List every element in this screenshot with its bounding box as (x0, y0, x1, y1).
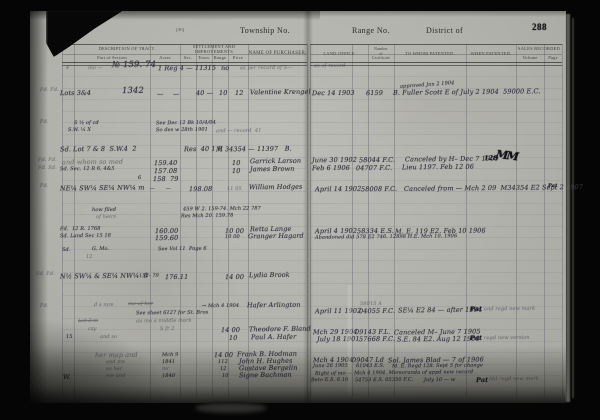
handwriting-entry: B. Fuller Scott E of July 2 1904 59000 E… (393, 88, 541, 96)
handwriting-entry: as per record of S— (240, 66, 292, 72)
handwriting-entry: Dec 14 1903 (312, 90, 355, 97)
handwriting-entry: July 18 1901 (317, 336, 360, 343)
handwriting-entry: 459 W 2. 159-74. Mch 22 787 (183, 207, 261, 213)
handwriting-entry: 176.11 (165, 274, 188, 281)
handwriting-entry: Lots 3&4 (60, 90, 91, 97)
handwriting-entry: N½ SW¼ & SE¼ NW¼ 8 (60, 273, 148, 280)
handwriting-entry: April 14 1902 (315, 186, 361, 193)
handwriting-entry: Abandoned did 578 E2 746. 12898 H.E. Mch… (315, 234, 457, 240)
handwriting-entry: regd new version (484, 336, 530, 341)
handwriting-entry: Pat (470, 306, 482, 313)
handwriting-entry: and regd new mark (484, 307, 535, 313)
handwriting-entry: 14 00 (225, 274, 244, 281)
handwriting-entry: 6 (138, 176, 141, 181)
page-edge-line (572, 18, 574, 398)
handwriting-entry: June 30 1902 (312, 157, 357, 164)
handwriting-entry: mo — (88, 66, 103, 71)
handwriting-entry: Pat (470, 335, 482, 342)
handwriting-entry: Granger Hagard (248, 233, 304, 240)
handwriting-entry: S.W. ¼ X (68, 128, 91, 133)
handwriting-entry: See Dec 12 Bk 10/4/04 (156, 121, 216, 127)
handwriting-entry: S.E. 84 E2. Aug 12 1908 (397, 336, 480, 343)
handwriting-entry: Hafer Arlington (247, 302, 301, 309)
handwriting-entry: M 34354 — 11397 B. (216, 146, 292, 153)
handwriting-entry: 58008 F.C. (361, 186, 397, 193)
handwriting-entry: 04055 F.C. (359, 308, 395, 315)
handwriting-entry: 1 Reg 4 — 11315 (158, 65, 216, 72)
handwriting-entry: → Mch 4 1904 (202, 304, 239, 309)
handwriting-entry: 11 05 (227, 187, 242, 192)
scanned-ledger-document: [46] Township No. Range No. District of … (0, 0, 600, 420)
handwriting-entry: Garrick Larson (250, 158, 301, 165)
handwriting-entry: 57668 F.C. (359, 336, 395, 343)
handwriting-entry: See Vol 11 Page 6 (158, 247, 207, 253)
handwriting-entry: 4 (66, 66, 69, 71)
handwriting-entry: Sd. Lot 7 & 8 S.W.4 2 (60, 146, 137, 153)
handwriting-entry: 10 (232, 160, 241, 167)
handwriting-entry: 12 (235, 90, 244, 97)
handwriting-entry: Pat (548, 184, 558, 189)
handwriting-entry: Feb 6 1906 (312, 165, 350, 172)
handwriting-entry: and — record 41 (216, 129, 262, 134)
handwriting-entry: 157.08 (154, 168, 177, 175)
handwriting-entry: 10 (232, 168, 241, 175)
handwriting-entry: Lieu 1197. Feb 12 06 (402, 164, 474, 171)
handwriting-entry: See sheet 6127 for St. Bros (136, 311, 208, 317)
handwriting-entry: 1342 (122, 87, 144, 96)
handwriting-entry: 198.08 (189, 186, 212, 193)
handwriting-entry: Sd. (62, 248, 71, 253)
handwriting-entry: — (166, 187, 171, 192)
handwriting-entry: 10 (219, 90, 228, 97)
handwriting-entry: — (173, 91, 180, 98)
paper-shadow-corner (30, 320, 170, 403)
page-edge-line (566, 14, 570, 402)
handwriting-entry: 12 (86, 255, 93, 260)
handwriting-entry: Sd. Sec. 12 R 6, 4&5 (60, 167, 115, 173)
handwriting-entry: 10 00 (225, 235, 240, 240)
handwriting-entry: Sd. Land Sec 15 18 (60, 234, 111, 240)
handwriting-entry: Theodore F. Bland (249, 326, 311, 333)
handwriting-entry: Valentine Krengel (250, 89, 311, 96)
handwriting-entry: Res Mch 20. 159.78 (181, 214, 234, 220)
handwriting-entry: № 159. 74 (112, 61, 156, 70)
handwriting-entry: 6159 (366, 90, 383, 97)
handwriting-entry: Fd. 12 R. 1768 (60, 227, 101, 232)
handwriting-entry: 58044 F.C. (359, 157, 395, 164)
handwriting-entry: 14 00 (221, 327, 240, 334)
handwriting-entry: 10 (229, 335, 238, 342)
handwriting-entry: 158 79 (153, 176, 179, 183)
handwriting-entry: April 11 1902 (315, 308, 361, 315)
handwriting-entry: 04707 F.C. (356, 165, 392, 172)
handwriting-entry: 40 — (196, 90, 213, 97)
handwriting-entry: William Hodges (249, 184, 303, 191)
handwriting-entry: Lydia Brook (249, 272, 290, 279)
handwriting-entry: — (157, 91, 164, 98)
handwriting-entry: James Brown (250, 166, 295, 173)
handwriting-entry: no (221, 65, 229, 72)
handwriting-entry: 152- 79 (139, 274, 159, 279)
handwriting-entry: Paul A. Hafer (251, 334, 296, 341)
handwriting-entry: me of her (128, 302, 153, 307)
paper-shadow-top-right (320, 11, 566, 17)
handwriting-entry: — (150, 187, 155, 192)
handwriting-entry: NE¼ SW¼ SE¼ NW¼ m (60, 185, 145, 192)
handwriting-entry: S ½ of cd (74, 121, 99, 126)
handwriting-entry: of heirs (96, 215, 116, 220)
handwriting-entry: 159.60 (155, 235, 178, 242)
handwriting-entry: So des w 28th 1901 (156, 128, 208, 134)
handwriting-entry: d s mre (94, 303, 114, 308)
handwriting-entry: G. Mo. (92, 247, 109, 252)
handwriting-entry: 159.40 (154, 160, 177, 167)
handwriting-entry: how filed (92, 208, 116, 213)
handwriting-entry: as of record (314, 64, 346, 69)
handwriting-entry: MM (495, 149, 518, 163)
